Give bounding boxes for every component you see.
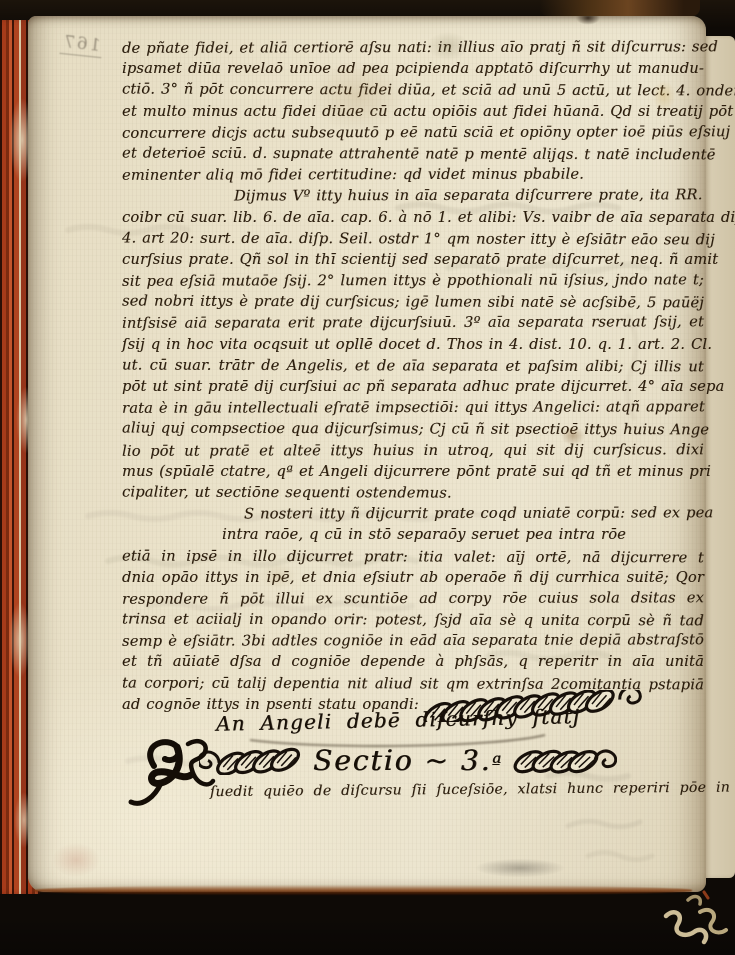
manuscript-line: intra raōe, q cū in stō separaōy seruet … <box>122 524 704 545</box>
section-ordinal: ª <box>491 751 503 775</box>
section-title-row: Sectio ~ 3.ª <box>168 738 648 782</box>
manuscript-line: S nosteri itty ñ dijcurrit prate coqd un… <box>122 502 704 525</box>
manuscript-scan: { "document": { "type_label": "handwritt… <box>0 0 735 955</box>
manuscript-line: concurrere dicjs actu subsequutō p eē na… <box>122 121 704 144</box>
manuscript-line: aliuj quj compsectioe qua dijcurſsimus; … <box>122 418 704 441</box>
manuscript-line: ſsij q in hoc vita ocqsuit ut opllē doce… <box>122 334 704 355</box>
manuscript-line: intſsisē aiā separata erit prate dijcurſ… <box>122 312 704 335</box>
manuscript-line: etiā in ipsē in illo dijcurret pratr: it… <box>122 545 704 568</box>
paragraph-3: S nosteri itty ñ dijcurrit prate coqd un… <box>122 503 704 715</box>
closing-line: ſuedit quiēo de diſcursu ſii ſuceſsiōe, … <box>210 780 696 800</box>
page-bottom-edge <box>34 885 692 895</box>
manuscript-line: ut. cū suar. trātr de Angelis, et de aīa… <box>122 354 704 377</box>
shelf-edge <box>540 0 700 16</box>
manuscript-line: sit pea eſsiā mutaōe ſsij. 2° lumen itty… <box>122 269 704 292</box>
manuscript-line: Dijmus Vº itty huius in aīa separata diſ… <box>122 185 704 208</box>
manuscript-textblock: de pñate fidei, et aliā certiorē aſsu na… <box>122 37 704 715</box>
manuscript-line: ipsamet diūa revelaō unīoe ad pea pcipie… <box>122 58 704 79</box>
manuscript-line: curſsius prate. Qñ sol in thī scientij s… <box>122 249 704 270</box>
paragraph-2: Dijmus Vº itty huius in aīa separata diſ… <box>122 185 704 503</box>
paragraph-1: de pñate fidei, et aliā certiorē aſsu na… <box>122 37 704 185</box>
manuscript-line: sed nobri ittys è prate dij curſsicus; i… <box>122 291 704 314</box>
manuscript-line: et tñ aūiatē dſsa d cogniōe depende à ph… <box>122 651 704 672</box>
manuscript-line: semp è eſsiātr. 3bi adtles cogniōe in eā… <box>122 629 704 652</box>
section-title: Sectio ~ 3.ª <box>313 744 503 777</box>
manuscript-line: cipaliter, ut sectiōne sequenti ostendem… <box>122 481 704 504</box>
manuscript-line: respondere ñ pōt illui ex scuntiōe ad co… <box>122 587 704 610</box>
manuscript-line: et deterioē sciū. d. supnate attrahentē … <box>122 142 704 165</box>
manuscript-line: rata è in gāu intellectuali eſratē impse… <box>122 396 704 419</box>
manuscript-line: trinsa et aciialj in opando orir: potest… <box>122 609 704 632</box>
manuscript-line: dnia opāo ittys in ipē, et dnia eſsiutr … <box>122 567 704 588</box>
manuscript-line: et multo minus actu fidei diūae cū actu … <box>122 101 704 122</box>
manuscript-line: ctiō. 3° ñ pōt concurrere actu fidei diū… <box>122 79 704 102</box>
section-label: Sectio <box>313 744 414 777</box>
manuscript-line: coibr cū suar. lib. 6. de aīa. cap. 6. à… <box>122 207 704 228</box>
section-separator: ~ <box>424 744 449 777</box>
manuscript-page: 167 de pñate fidei, et aliā certiorē aſs… <box>28 16 706 892</box>
decorative-initial-icon <box>124 736 216 814</box>
paper-curl-icon <box>660 888 735 955</box>
folio-number: 167 <box>59 32 104 58</box>
manuscript-line: mus (spūalē ctatre, qª et Angeli dijcurr… <box>122 461 704 482</box>
manuscript-line: de pñate fidei, et aliā certiorē aſsu na… <box>122 36 704 59</box>
manuscript-line: pōt ut sint pratē dij curſsiui ac pñ sep… <box>122 376 704 397</box>
rope-divider-icon <box>513 745 617 775</box>
manuscript-line: eminenter aliq mō fidei certitudine: qd … <box>122 163 704 186</box>
section-number: 3. <box>461 744 492 777</box>
manuscript-line: 4. art 20: surt. de aīa. diſp. Seil. ost… <box>122 227 704 250</box>
manuscript-line: lio pōt ut pratē et alteē ittys huius in… <box>122 439 704 462</box>
